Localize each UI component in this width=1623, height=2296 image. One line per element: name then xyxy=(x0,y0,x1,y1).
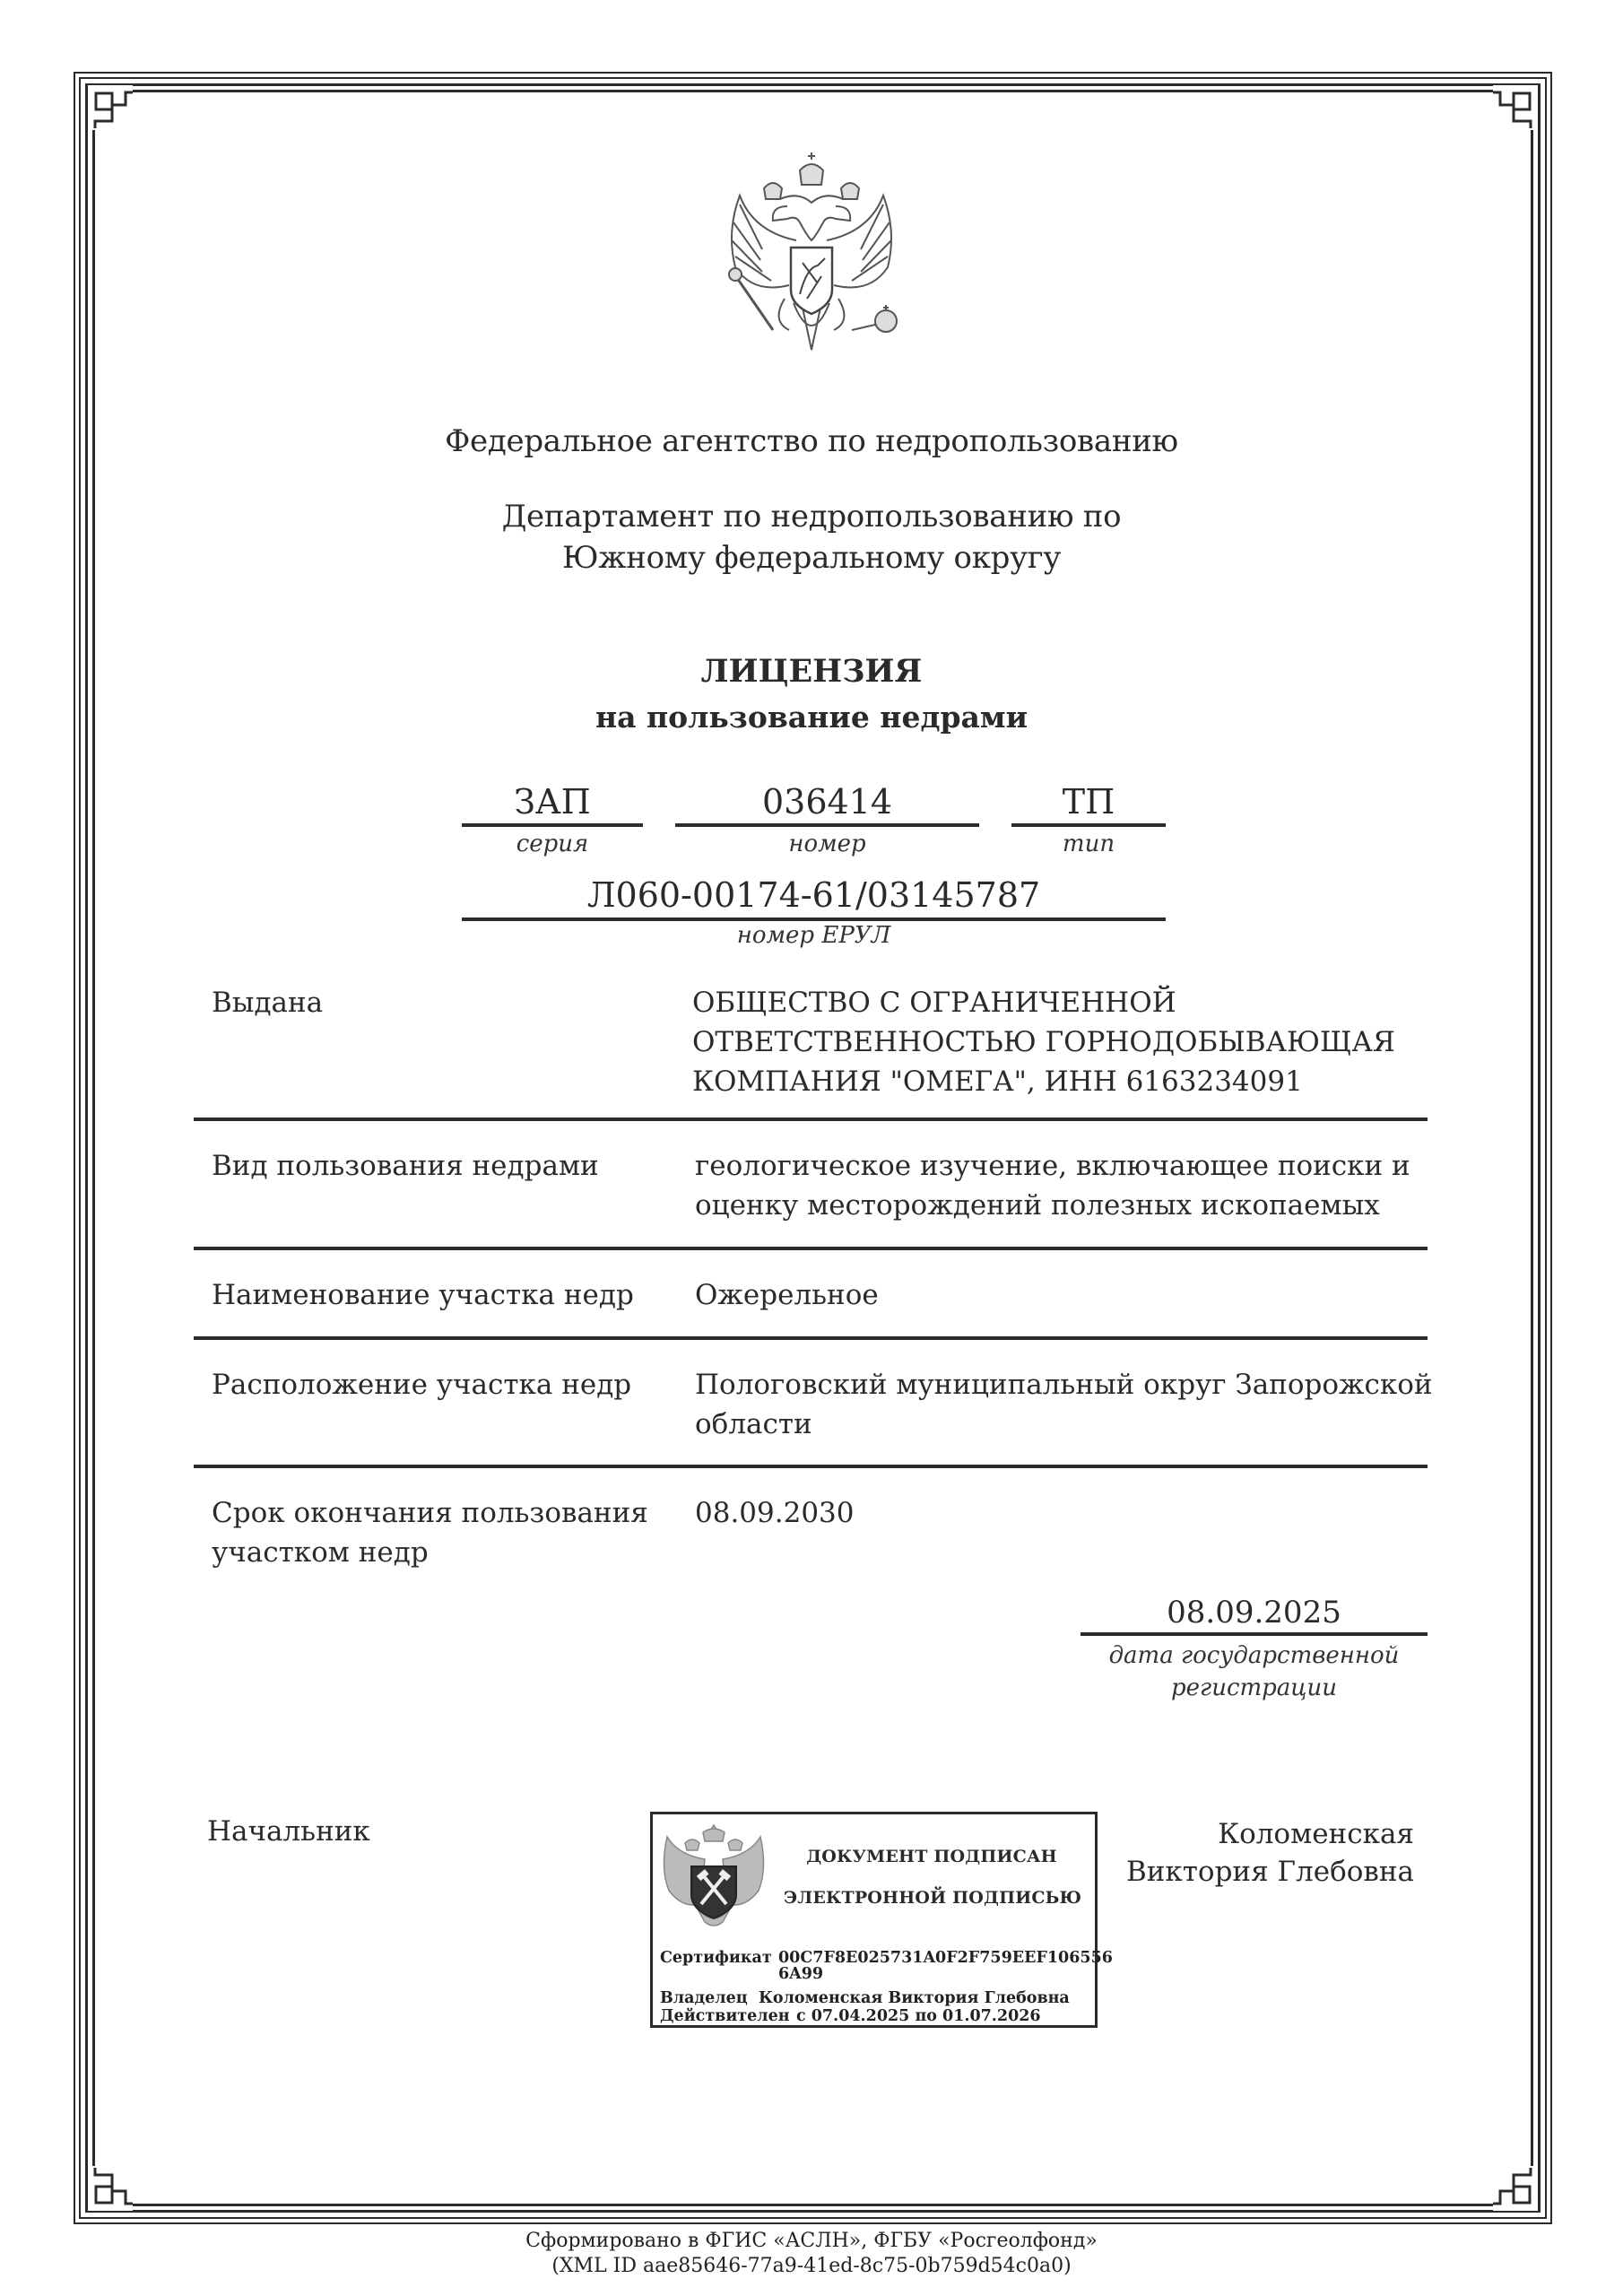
document-title: ЛИЦЕНЗИЯ xyxy=(0,653,1623,690)
row-label-site-location: Расположение участка недр xyxy=(212,1365,660,1405)
coat-of-arms-icon xyxy=(717,151,906,357)
type-caption: тип xyxy=(1011,831,1166,857)
document-subtitle: на пользование недрами xyxy=(0,700,1623,735)
corner-ornament-icon xyxy=(88,85,133,130)
erul-value: Л060-00174-61/03145787 xyxy=(462,875,1166,915)
registration-underline xyxy=(1081,1632,1428,1636)
owner-label: Владелец xyxy=(660,1989,748,2007)
row-label-use-type: Вид пользования недрами xyxy=(212,1146,660,1186)
corner-ornament-icon xyxy=(88,2166,133,2211)
number-value: 036414 xyxy=(675,782,979,822)
row-value-use-type: геологическое изучение, включающее поиск… xyxy=(695,1146,1439,1225)
series-caption: серия xyxy=(462,831,643,857)
row-value-expiry: 08.09.2030 xyxy=(695,1493,1439,1533)
erul-underline xyxy=(462,918,1166,921)
stamp-heading-line1: ДОКУМЕНТ ПОДПИСАН xyxy=(784,1847,1080,1866)
stamp-heading-line2: ЭЛЕКТРОННОЙ ПОДПИСЬЮ xyxy=(784,1888,1080,1908)
row-label-issued-to: Выдана xyxy=(212,983,660,1022)
type-value: ТП xyxy=(1011,782,1166,822)
footer-generated-by: Сформировано в ФГИС «АСЛН», ФГБУ «Росгео… xyxy=(0,2230,1623,2252)
footer-xml-id: (XML ID aae85646-77a9-41ed-8c75-0b759d54… xyxy=(0,2255,1623,2277)
registration-caption: дата государственной регистрации xyxy=(1081,1639,1428,1704)
type-underline xyxy=(1011,823,1166,827)
erul-caption: номер ЕРУЛ xyxy=(462,922,1166,949)
row-label-site-name: Наименование участка недр xyxy=(212,1275,660,1315)
certificate-value: 00C7F8E025731A0F2F759EEF106556 6A99 xyxy=(778,1949,1113,1983)
number-caption: номер xyxy=(675,831,979,857)
row-divider xyxy=(194,1336,1428,1340)
corner-ornament-icon xyxy=(1493,2166,1538,2211)
row-value-issued-to: ОБЩЕСТВО С ОГРАНИЧЕННОЙ ОТВЕТСТВЕННОСТЬЮ… xyxy=(692,983,1436,1101)
registration-date: 08.09.2025 xyxy=(1081,1595,1428,1631)
row-divider xyxy=(194,1465,1428,1468)
corner-ornament-icon xyxy=(1493,85,1538,130)
row-label-expiry: Срок окончания пользования участком недр xyxy=(212,1493,660,1572)
signatory-name: Коломенская Виктория Глебовна xyxy=(1058,1815,1414,1891)
number-underline xyxy=(675,823,979,827)
department-name-line1: Департамент по недропользованию по xyxy=(0,499,1623,535)
signatory-position: Начальник xyxy=(207,1815,370,1848)
series-value: ЗАП xyxy=(462,782,643,822)
valid-label: Действителен xyxy=(660,2007,790,2025)
owner-value: Коломенская Виктория Глебовна xyxy=(759,1989,1070,2007)
department-name-line2: Южному федеральному округу xyxy=(0,540,1623,576)
valid-value: с 07.04.2025 по 01.07.2026 xyxy=(796,2007,1041,2025)
row-divider xyxy=(194,1118,1428,1121)
electronic-signature-stamp: ДОКУМЕНТ ПОДПИСАН ЭЛЕКТРОННОЙ ПОДПИСЬЮ С… xyxy=(650,1812,1098,2028)
series-underline xyxy=(462,823,643,827)
certificate-label: Сертификат xyxy=(660,1949,772,1967)
row-value-site-name: Ожерельное xyxy=(695,1275,1439,1315)
rosnedra-emblem-icon xyxy=(660,1823,768,1929)
row-divider xyxy=(194,1247,1428,1250)
row-value-site-location: Пологовский муниципальный округ Запорожс… xyxy=(695,1365,1439,1444)
agency-name: Федеральное агентство по недропользовани… xyxy=(0,423,1623,459)
